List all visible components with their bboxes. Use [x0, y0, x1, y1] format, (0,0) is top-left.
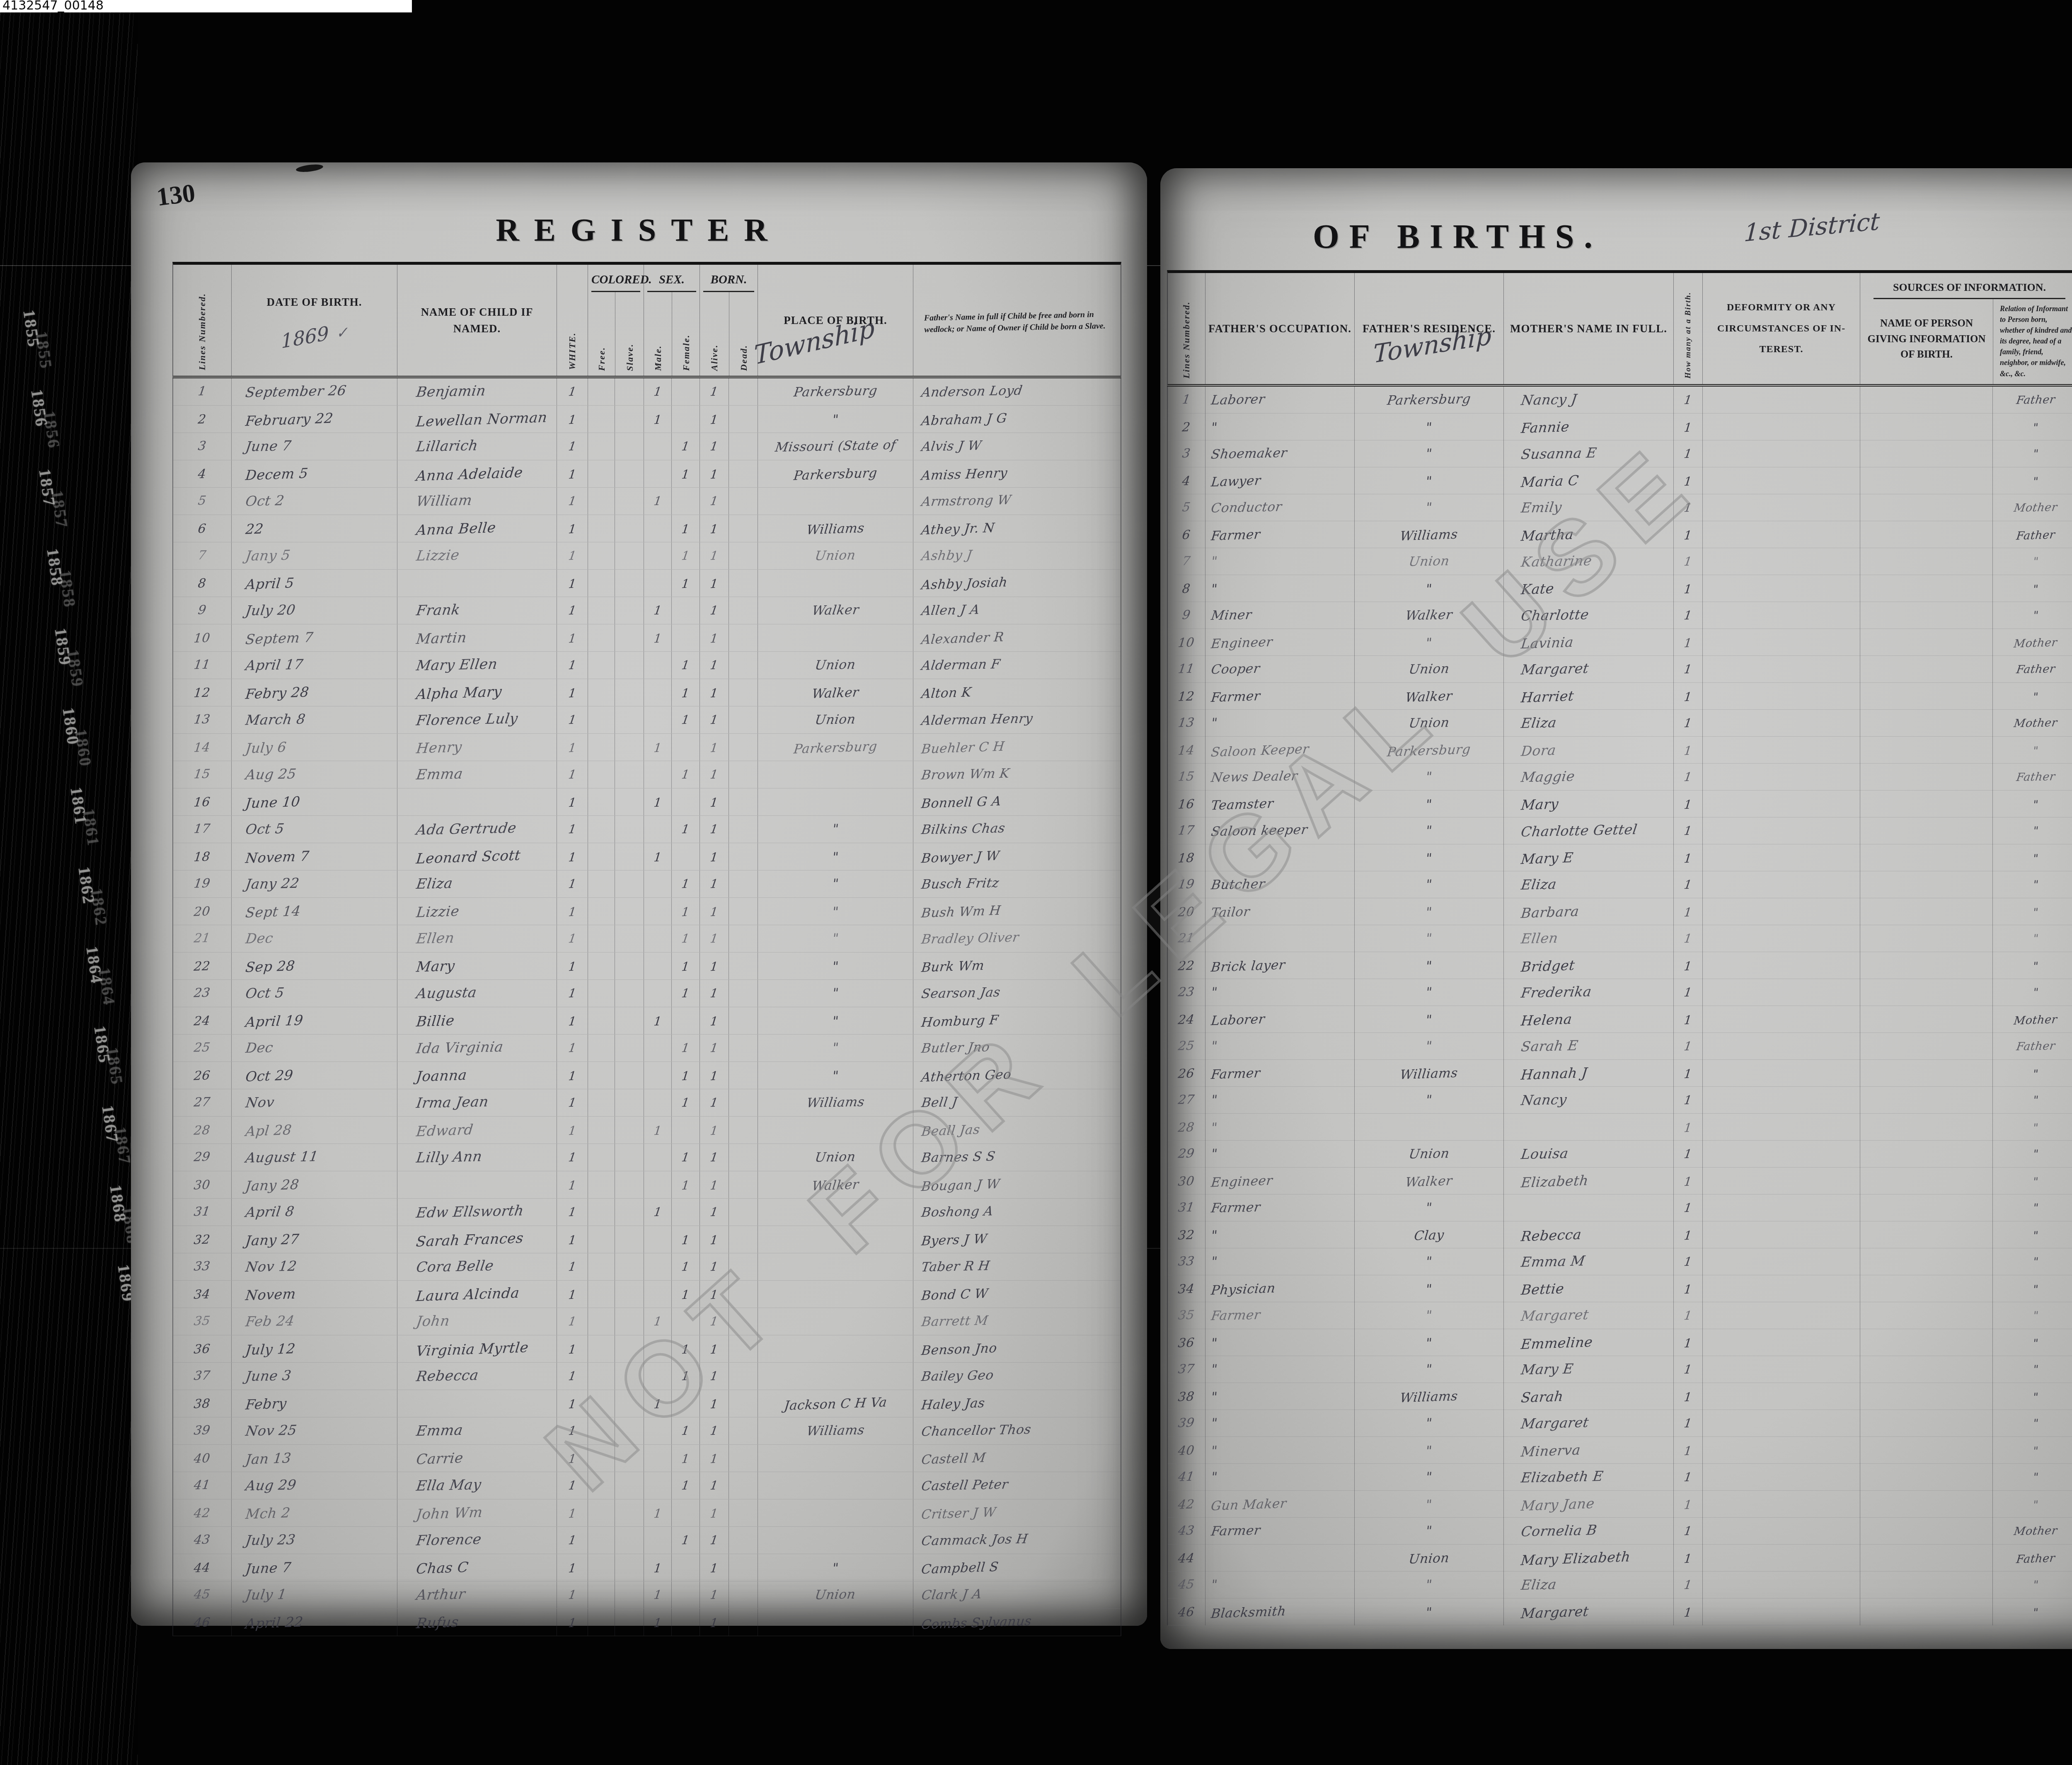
cell-slave: [615, 843, 644, 870]
cell-father: Alton K: [913, 679, 1121, 706]
cell-female: [671, 597, 700, 624]
cell-relation: ": [1992, 1168, 2072, 1194]
cell-white: 1: [557, 488, 588, 515]
cell-white: 1: [557, 734, 588, 761]
cell-n: 45: [173, 1581, 231, 1608]
cell-female: 1: [671, 1089, 700, 1116]
cell-white: 1: [557, 1581, 588, 1608]
cell-residence: ": [1354, 952, 1503, 979]
cell-name: Rebecca: [397, 1363, 557, 1390]
table-row: 20Tailor"Barbara1": [1168, 898, 2072, 925]
cell-residence: Clay: [1354, 1221, 1503, 1248]
cell-male: 1: [644, 1199, 671, 1226]
cell-name: Ellen: [397, 925, 557, 952]
table-row: 5Oct 2William111Armstrong W: [173, 488, 1121, 515]
cell-male: 1: [644, 843, 671, 870]
cell-female: [671, 1499, 700, 1526]
cell-father: Campbell S: [913, 1554, 1121, 1581]
cell-informant: [1860, 710, 1992, 737]
cell-father: Amiss Henry: [913, 460, 1121, 487]
cell-relation: ": [1992, 548, 2072, 575]
cell-place: ": [758, 1035, 913, 1061]
cell-date: June 7: [231, 1554, 397, 1581]
cell-residence: Williams: [1354, 1060, 1503, 1087]
cell-date: April 19: [231, 1007, 397, 1034]
cell-informant: [1860, 1518, 1992, 1545]
cell-how_many: 1: [1673, 1464, 1702, 1491]
check-mark: ✓: [336, 324, 348, 342]
cell-dead: [729, 542, 758, 569]
cell-name: Carrie: [397, 1445, 557, 1472]
cell-n: 42: [1168, 1491, 1205, 1518]
cell-name: Lizzie: [397, 542, 557, 569]
cell-informant: [1860, 1033, 1992, 1060]
cell-how_many: 1: [1673, 1114, 1702, 1141]
cell-date: Novem 7: [231, 843, 397, 870]
table-row: 31April 8Edw Ellsworth111Boshong A: [173, 1199, 1121, 1226]
cell-relation: ": [1992, 1275, 2072, 1302]
table-row: 32"ClayRebecca1": [1168, 1221, 2072, 1248]
cell-relation: ": [1992, 1491, 2072, 1518]
cell-informant: [1860, 952, 1992, 979]
cell-free: [588, 1554, 615, 1581]
cell-n: 11: [173, 652, 231, 679]
cell-dead: [729, 1035, 758, 1061]
cell-slave: [615, 816, 644, 843]
cell-alive: 1: [700, 488, 729, 515]
cell-informant: [1860, 656, 1992, 683]
cell-male: [644, 953, 671, 979]
cell-deformity: [1702, 898, 1860, 925]
cell-name: Ella May: [397, 1472, 557, 1499]
cell-male: 1: [644, 788, 671, 815]
table-row: 34Physician"Bettie1": [1168, 1275, 2072, 1302]
cell-how_many: 1: [1673, 602, 1702, 629]
table-row: 28"1": [1168, 1114, 2072, 1141]
cell-residence: ": [1354, 1464, 1503, 1491]
cell-white: 1: [557, 433, 588, 460]
cell-occupation: Physician: [1205, 1275, 1354, 1302]
cell-how_many: 1: [1673, 1598, 1702, 1625]
cell-male: [644, 1062, 671, 1089]
cell-relation: ": [1992, 1141, 2072, 1168]
header-fathers-name-legend: Father's Name in full if Child be free a…: [913, 265, 1121, 376]
cell-n: 11: [1168, 656, 1205, 683]
cell-informant: [1860, 521, 1992, 548]
cell-relation: ": [1992, 791, 2072, 817]
cell-male: 1: [644, 624, 671, 651]
cell-n: 3: [173, 433, 231, 460]
cell-occupation: ": [1205, 1464, 1354, 1491]
cell-informant: [1860, 898, 1992, 925]
cell-n: 44: [173, 1554, 231, 1581]
cell-mother: Margaret: [1503, 1302, 1673, 1329]
cell-male: [644, 925, 671, 952]
cell-informant: [1860, 1437, 1992, 1464]
cell-informant: [1860, 871, 1992, 898]
cell-deformity: [1702, 1356, 1860, 1383]
cell-father: Benson Jno: [913, 1335, 1121, 1362]
cell-n: 38: [1168, 1383, 1205, 1410]
cell-white: 1: [557, 1062, 588, 1089]
cell-residence: ": [1354, 1087, 1503, 1114]
cell-male: 1: [644, 734, 671, 761]
cell-mother: Harriet: [1503, 683, 1673, 710]
cell-deformity: [1702, 1275, 1860, 1302]
cell-alive: 1: [700, 1007, 729, 1034]
cell-n: 34: [1168, 1275, 1205, 1302]
cell-name: Benjamin: [397, 378, 557, 405]
cell-n: 7: [173, 542, 231, 569]
cell-date: July 6: [231, 734, 397, 761]
cell-place: [758, 788, 913, 815]
cell-father: Cammack Jos H: [913, 1527, 1121, 1554]
cell-alive: 1: [700, 570, 729, 597]
cell-slave: [615, 1144, 644, 1171]
table-row: 12Febry 28Alpha Mary111WalkerAlton K: [173, 679, 1121, 706]
cell-place: ": [758, 870, 913, 897]
cell-female: 1: [671, 570, 700, 597]
cell-n: 39: [173, 1417, 231, 1444]
cell-relation: Father: [1992, 1033, 2072, 1060]
table-row: 3June 7Lillarich111Missouri (State ofAlv…: [173, 433, 1121, 460]
cell-slave: [615, 1171, 644, 1198]
cell-how_many: 1: [1673, 898, 1702, 925]
cell-date: April 5: [231, 570, 397, 597]
cell-occupation: Laborer: [1205, 387, 1354, 413]
cell-free: [588, 542, 615, 569]
cell-slave: [615, 460, 644, 487]
table-row: 22Sep 28Mary111"Burk Wm: [173, 953, 1121, 980]
cell-slave: [615, 597, 644, 624]
cell-n: 14: [173, 734, 231, 761]
table-row: 2""Fannie1": [1168, 413, 2072, 440]
cell-informant: [1860, 1302, 1992, 1329]
cell-father: Bowyer J W: [913, 843, 1121, 870]
cell-n: 10: [1168, 629, 1205, 656]
cell-deformity: [1702, 1410, 1860, 1437]
cell-white: 1: [557, 1117, 588, 1144]
cell-deformity: [1702, 952, 1860, 979]
cell-father: Clark J A: [913, 1581, 1121, 1608]
cell-relation: Father: [1992, 387, 2072, 413]
cell-place: ": [758, 898, 913, 925]
cell-mother: Mary: [1503, 791, 1673, 817]
cell-occupation: Gun Maker: [1205, 1491, 1354, 1518]
cell-white: 1: [557, 624, 588, 651]
table-row: 1LaborerParkersburgNancy J1Father: [1168, 387, 2072, 413]
ink-blot: [295, 163, 323, 173]
cell-white: 1: [557, 1144, 588, 1171]
cell-occupation: Farmer: [1205, 1060, 1354, 1087]
cell-n: 22: [173, 953, 231, 979]
cell-white: 1: [557, 816, 588, 843]
cell-n: 5: [173, 488, 231, 515]
cell-slave: [615, 870, 644, 897]
cell-residence: Parkersburg: [1354, 387, 1503, 413]
cell-alive: 1: [700, 1554, 729, 1581]
cell-white: 1: [557, 870, 588, 897]
cell-date: Sep 28: [231, 953, 397, 979]
cell-deformity: [1702, 1302, 1860, 1329]
cell-date: Oct 5: [231, 980, 397, 1007]
cell-free: [588, 679, 615, 706]
cell-alive: 1: [700, 679, 729, 706]
cell-date: Dec: [231, 925, 397, 952]
table-row: 13March 8Florence Luly111UnionAlderman H…: [173, 706, 1121, 734]
cell-free: [588, 734, 615, 761]
cell-how_many: 1: [1673, 656, 1702, 683]
cell-date: Oct 5: [231, 816, 397, 843]
cell-how_many: 1: [1673, 1060, 1702, 1087]
cell-n: 37: [173, 1363, 231, 1390]
cell-name: Augusta: [397, 980, 557, 1007]
cell-relation: ": [1992, 1572, 2072, 1598]
cell-residence: ": [1354, 1491, 1503, 1518]
cell-mother: Charlotte Gettel: [1503, 817, 1673, 844]
table-row: 36""Emmeline1": [1168, 1329, 2072, 1356]
cell-slave: [615, 788, 644, 815]
cell-female: 1: [671, 980, 700, 1007]
cell-name: John Wm: [397, 1499, 557, 1526]
table-row: 32Jany 27Sarah Frances111Byers J W: [173, 1226, 1121, 1253]
cell-free: [588, 1253, 615, 1280]
cell-relation: Mother: [1992, 1518, 2072, 1545]
cell-dead: [729, 488, 758, 515]
table-row: 46Blacksmith"Margaret1": [1168, 1598, 2072, 1625]
cell-date: Aug 25: [231, 761, 397, 788]
cell-free: [588, 1609, 615, 1636]
cell-residence: ": [1354, 1033, 1503, 1060]
cell-male: [644, 1253, 671, 1280]
cell-alive: 1: [700, 1035, 729, 1061]
cell-alive: 1: [700, 1445, 729, 1472]
cell-place: ": [758, 925, 913, 952]
cell-residence: ": [1354, 1248, 1503, 1275]
cell-relation: Mother: [1992, 629, 2072, 656]
cell-occupation: Cooper: [1205, 656, 1354, 683]
cell-residence: ": [1354, 817, 1503, 844]
cell-n: 2: [1168, 413, 1205, 440]
cell-slave: [615, 406, 644, 433]
cell-informant: [1860, 602, 1992, 629]
cell-slave: [615, 1253, 644, 1280]
cell-alive: 1: [700, 925, 729, 952]
cell-how_many: 1: [1673, 1356, 1702, 1383]
table-row: 24Laborer"Helena1Mother: [1168, 1006, 2072, 1033]
cell-male: 1: [644, 1499, 671, 1526]
cell-female: [671, 488, 700, 515]
cell-white: 1: [557, 570, 588, 597]
cell-mother: Mary E: [1503, 844, 1673, 871]
cell-slave: [615, 925, 644, 952]
cell-white: 1: [557, 1226, 588, 1253]
cell-slave: [615, 542, 644, 569]
cell-n: 16: [1168, 791, 1205, 817]
cell-how_many: 1: [1673, 1141, 1702, 1168]
cell-n: 9: [1168, 602, 1205, 629]
table-row: 9July 20Frank111WalkerAllen J A: [173, 597, 1121, 624]
cell-alive: 1: [700, 953, 729, 979]
cell-deformity: [1702, 871, 1860, 898]
cell-date: July 1: [231, 1581, 397, 1608]
cell-residence: ": [1354, 440, 1503, 467]
table-row: 44June 7Chas C111"Campbell S: [173, 1554, 1121, 1581]
cell-place: ": [758, 1062, 913, 1089]
cell-alive: 1: [700, 816, 729, 843]
left-page-number: 130: [155, 179, 197, 213]
cell-mother: Eliza: [1503, 871, 1673, 898]
table-row: 42Gun Maker"Mary Jane1": [1168, 1491, 2072, 1518]
header-place-of-birth: PLACE OF BIRTH.: [758, 265, 913, 376]
spine-year-label: 1861: [79, 808, 103, 848]
cell-residence: ": [1354, 1518, 1503, 1545]
cell-informant: [1860, 1248, 1992, 1275]
cell-dead: [729, 898, 758, 925]
cell-relation: ": [1992, 413, 2072, 440]
cell-mother: Nancy J: [1503, 387, 1673, 413]
cell-free: [588, 1035, 615, 1061]
cell-place: Union: [758, 652, 913, 679]
header-sex-group: SEX. Male. Female.: [644, 265, 700, 376]
cell-white: 1: [557, 679, 588, 706]
cell-slave: [615, 1035, 644, 1061]
cell-n: 36: [173, 1335, 231, 1362]
cell-deformity: [1702, 710, 1860, 737]
cell-slave: [615, 1581, 644, 1608]
cell-male: [644, 1171, 671, 1198]
table-row: 33""Emma M1": [1168, 1248, 2072, 1275]
cell-relation: ": [1992, 1437, 2072, 1464]
cell-mother: Helena: [1503, 1006, 1673, 1033]
cell-alive: 1: [700, 734, 729, 761]
cell-place: ": [758, 1007, 913, 1034]
cell-how_many: 1: [1673, 925, 1702, 952]
cell-informant: [1860, 817, 1992, 844]
cell-n: 30: [173, 1171, 231, 1198]
table-row: 43Farmer"Cornelia B1Mother: [1168, 1518, 2072, 1545]
cell-dead: [729, 1445, 758, 1472]
cell-deformity: [1702, 1248, 1860, 1275]
cell-free: [588, 597, 615, 624]
cell-how_many: 1: [1673, 791, 1702, 817]
cell-female: 1: [671, 515, 700, 542]
cell-father: Abraham J G: [913, 406, 1121, 433]
cell-occupation: ": [1205, 1383, 1354, 1410]
spine-year-label: 1865: [102, 1046, 127, 1087]
cell-occupation: ": [1205, 1141, 1354, 1168]
header-male: Male.: [644, 292, 672, 376]
cell-alive: 1: [700, 597, 729, 624]
cell-relation: ": [1992, 602, 2072, 629]
spine-year-label: 1855: [31, 330, 56, 371]
cell-father: Alderman Henry: [913, 706, 1121, 733]
cell-n: 33: [173, 1253, 231, 1280]
cell-name: Arthur: [397, 1581, 557, 1608]
cell-n: 12: [173, 679, 231, 706]
cell-residence: ": [1354, 467, 1503, 494]
cell-deformity: [1702, 737, 1860, 764]
cell-occupation: Farmer: [1205, 521, 1354, 548]
cell-place: [758, 761, 913, 788]
header-born-group: BORN. Alive. Dead.: [700, 265, 758, 376]
cell-name: Alpha Mary: [397, 679, 557, 706]
cell-father: Combs Sylvanus: [913, 1609, 1121, 1636]
cell-place: [758, 1609, 913, 1636]
header-colored: COLORED.: [591, 265, 640, 292]
cell-name: Irma Jean: [397, 1089, 557, 1116]
cell-white: 1: [557, 515, 588, 542]
cell-slave: [615, 980, 644, 1007]
cell-place: [758, 1445, 913, 1472]
cell-n: 35: [173, 1308, 231, 1335]
cell-name: Frank: [397, 597, 557, 624]
cell-dead: [729, 433, 758, 460]
cell-informant: [1860, 467, 1992, 494]
cell-n: 12: [1168, 683, 1205, 710]
table-row: 11CooperUnionMargaret1Father: [1168, 656, 2072, 683]
cell-date: Apl 28: [231, 1117, 397, 1144]
left-page-title: REGISTER: [131, 211, 1147, 249]
cell-dead: [729, 597, 758, 624]
cell-informant: [1860, 548, 1992, 575]
cell-free: [588, 1062, 615, 1089]
cell-alive: 1: [700, 378, 729, 405]
cell-informant: [1860, 494, 1992, 521]
cell-dead: [729, 816, 758, 843]
cell-female: [671, 1554, 700, 1581]
cell-name: Lizzie: [397, 898, 557, 925]
cell-how_many: 1: [1673, 1221, 1702, 1248]
cell-relation: ": [1992, 1087, 2072, 1114]
cell-n: 38: [173, 1390, 231, 1417]
cell-slave: [615, 433, 644, 460]
cell-how_many: 1: [1673, 387, 1702, 413]
cell-residence: ": [1354, 979, 1503, 1006]
cell-mother: [1503, 1114, 1673, 1141]
cell-female: 1: [671, 1035, 700, 1061]
cell-n: 41: [1168, 1464, 1205, 1491]
cell-date: June 3: [231, 1363, 397, 1390]
cell-white: 1: [557, 652, 588, 679]
cell-n: 46: [173, 1609, 231, 1636]
cell-father: Byers J W: [913, 1226, 1121, 1253]
cell-deformity: [1702, 1194, 1860, 1221]
cell-informant: [1860, 1383, 1992, 1410]
register-right-page: 130 OF BIRTHS. 1st District Township Lin…: [1160, 168, 2072, 1649]
cell-alive: 1: [700, 1499, 729, 1526]
cell-female: [671, 1117, 700, 1144]
cell-slave: [615, 570, 644, 597]
table-row: 1September 26Benjamin111ParkersburgAnder…: [173, 378, 1121, 406]
cell-female: 1: [671, 1472, 700, 1499]
cell-relation: ": [1992, 683, 2072, 710]
cell-deformity: [1702, 1464, 1860, 1491]
table-row: 46April 22Rufus111Combs Sylvanus: [173, 1609, 1121, 1636]
cell-place: Williams: [758, 1417, 913, 1444]
cell-place: Union: [758, 1581, 913, 1608]
cell-slave: [615, 1226, 644, 1253]
cell-name: Anna Adelaide: [397, 460, 557, 487]
cell-occupation: Miner: [1205, 602, 1354, 629]
cell-informant: [1860, 387, 1992, 413]
cell-dead: [729, 679, 758, 706]
cell-place: ": [758, 843, 913, 870]
cell-occupation: Engineer: [1205, 629, 1354, 656]
cell-n: 2: [173, 406, 231, 433]
header-free: Free.: [588, 292, 615, 376]
cell-white: 1: [557, 378, 588, 405]
